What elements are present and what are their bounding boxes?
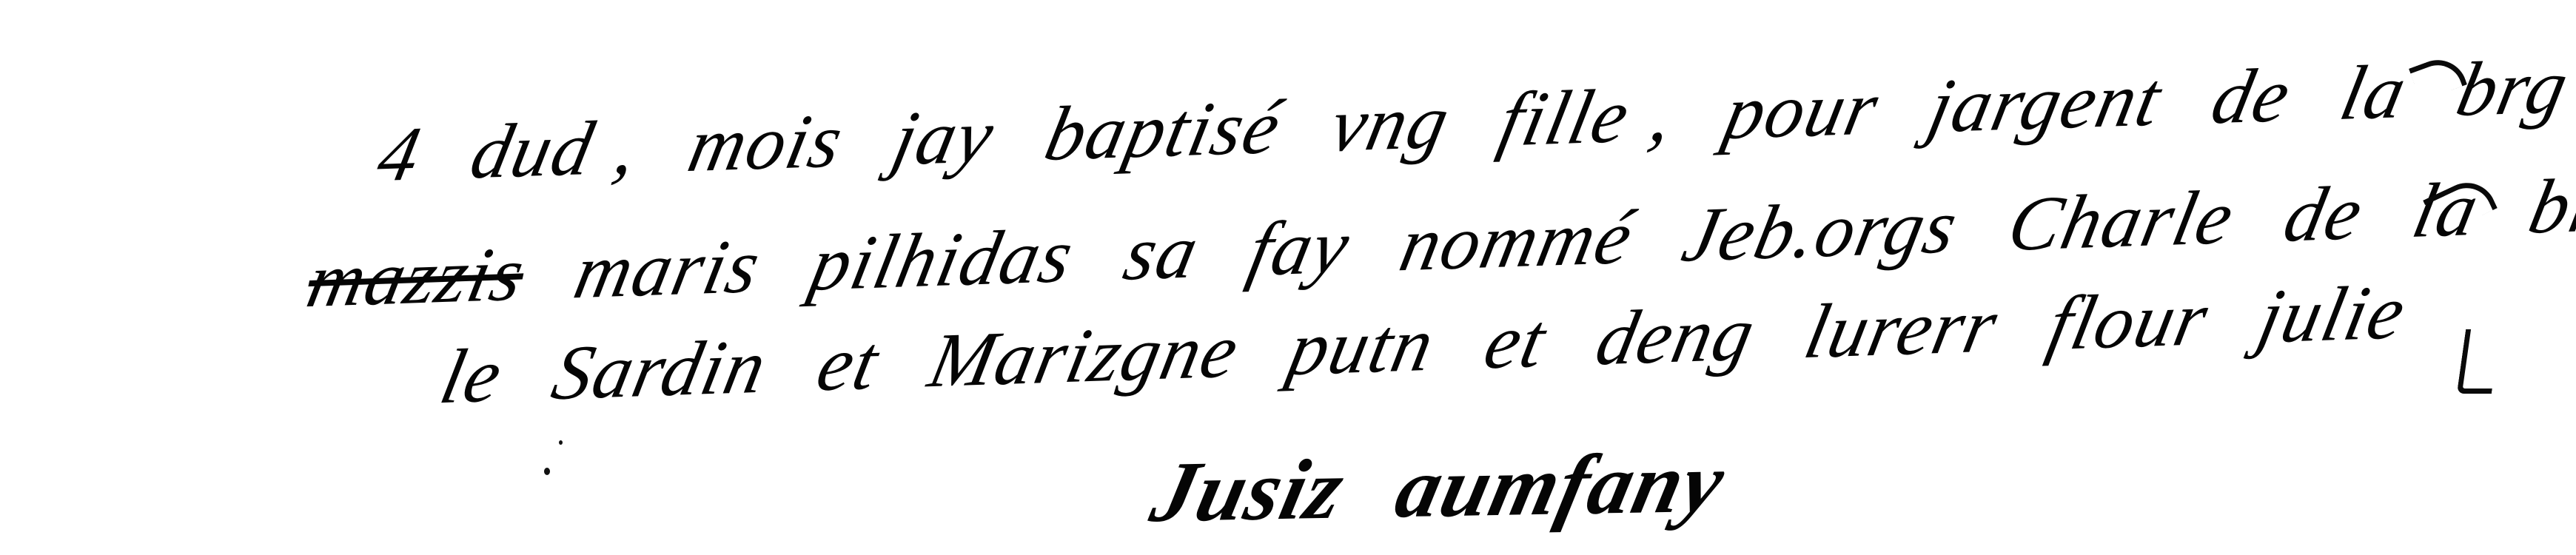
word: baptisé (1037, 82, 1289, 178)
word: la (2406, 164, 2488, 255)
ink-speck (559, 440, 563, 445)
word: dud (463, 104, 603, 197)
word: jargent (1922, 55, 2170, 151)
word: sa (1116, 207, 1207, 298)
signature-line: Jusiz aumfany (1153, 434, 1757, 542)
word: la (2333, 47, 2415, 138)
word: vng (1324, 77, 1458, 169)
ink-speck (544, 468, 550, 475)
word: nommé (1392, 192, 1641, 289)
word: brg (2449, 42, 2576, 134)
word: fay (1241, 202, 1358, 294)
word: Jeb.orgs (1676, 182, 1967, 280)
handwritten-document-page: 4 dud , mois jay baptisé vng fille , pou… (0, 0, 2576, 555)
word: Charle (2001, 172, 2242, 269)
word: pour (1717, 64, 1887, 157)
word: maris (567, 221, 769, 316)
word: putn (1281, 300, 1443, 393)
line-end-hook-mark (2457, 329, 2500, 394)
word: Sardin (545, 322, 775, 417)
struck-through-word: mazzis (300, 229, 533, 326)
word: le (433, 331, 511, 422)
word: flour (2041, 274, 2217, 368)
word: lurerr (1798, 281, 2007, 376)
word: Marizgne (921, 306, 1247, 406)
word: pilhidas (803, 211, 1082, 309)
comma-mark: , (1643, 70, 1683, 160)
word: mois (681, 96, 851, 189)
word: brgs (2521, 158, 2576, 252)
word: julie (2251, 268, 2414, 361)
word: fille (1492, 72, 1639, 164)
word: de (2204, 51, 2299, 142)
word: 4 (370, 110, 429, 200)
word: deng (1589, 289, 1764, 383)
word: jay (885, 92, 1003, 184)
signature-word: aumfany (1386, 434, 1734, 538)
comma-mark: , (607, 103, 647, 192)
word: et (1477, 296, 1555, 387)
signature-word: Jusiz (1142, 440, 1354, 542)
word: et (809, 318, 887, 409)
word: de (2276, 169, 2371, 260)
